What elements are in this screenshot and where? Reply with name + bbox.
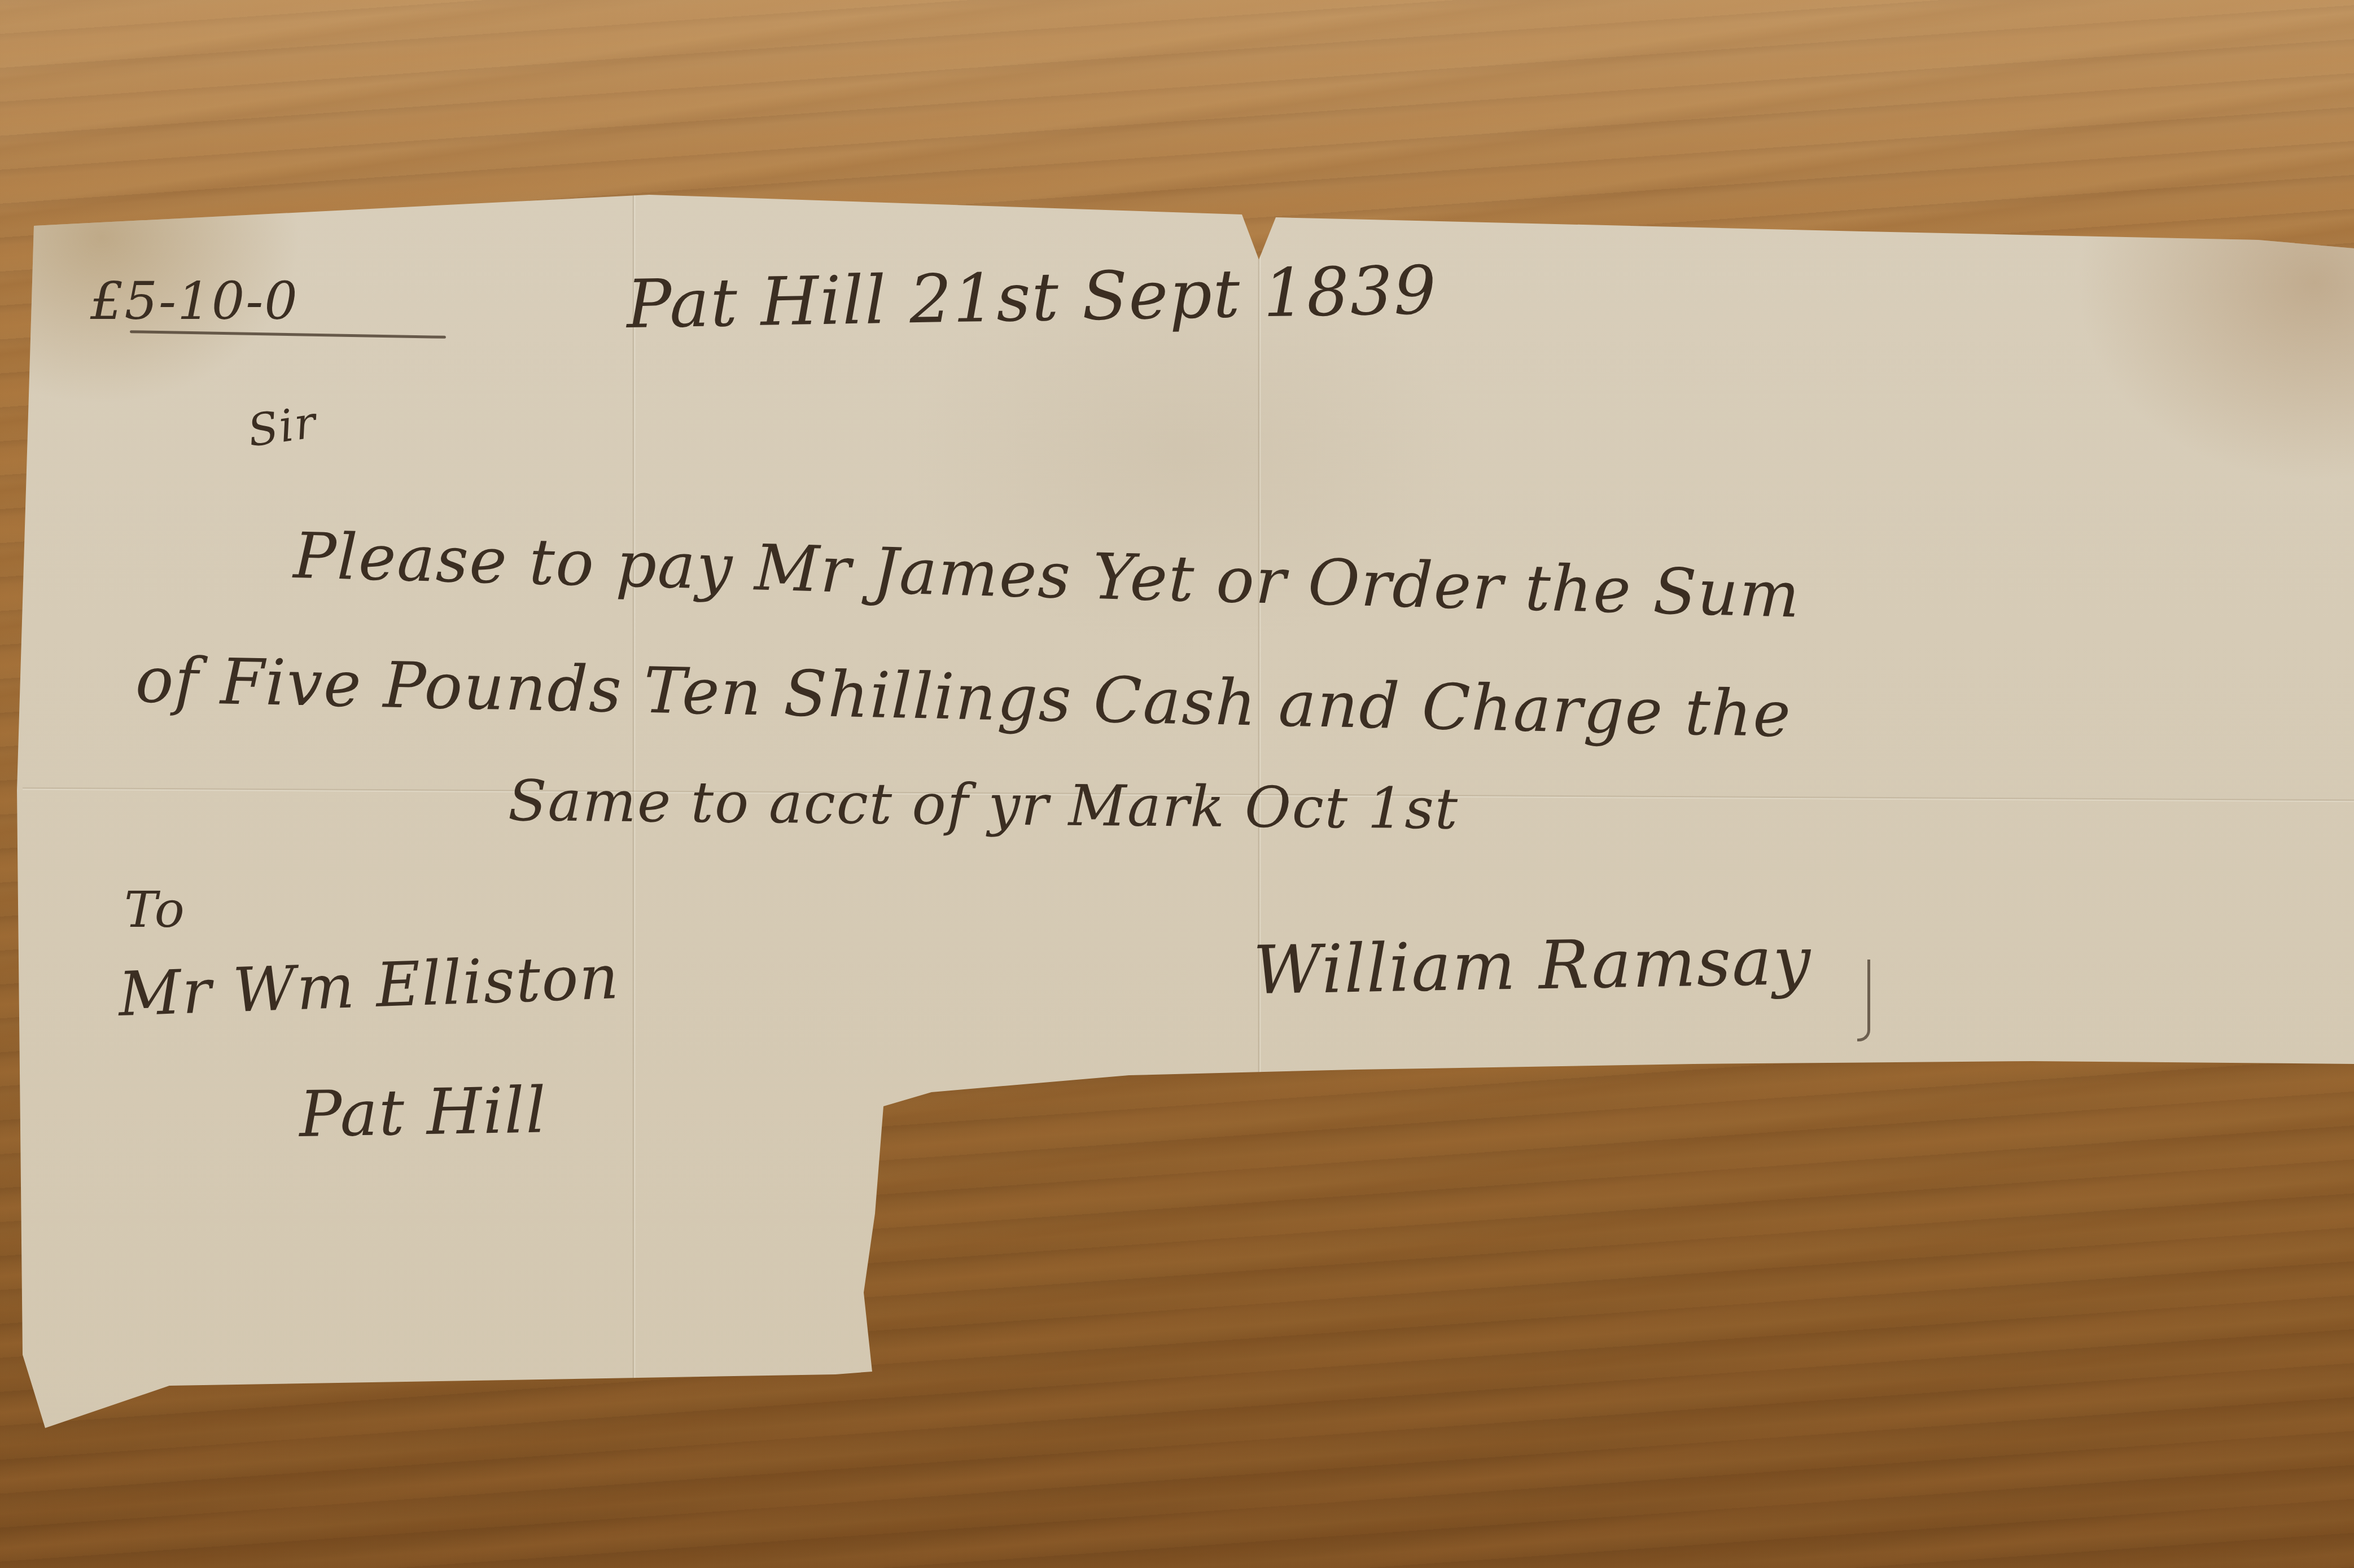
addressee-place: Pat Hill [299,1074,548,1151]
salutation: Sir [245,397,320,457]
signature: William Ramsay [1253,922,1813,1009]
paper-document: £5-10-0 Pat Hill 21st Sept 1839 Sir Plea… [0,0,2354,1568]
to-label: To [124,881,186,939]
body-line-3: Same to acct of yr Mark Oct 1st [507,768,1459,842]
signature-flourish [1857,960,1870,1041]
body-line-1: Please to pay Mr James Yet or Order the … [292,519,1801,632]
wooden-table-surface [0,0,2354,226]
place-and-date: Pat Hill 21st Sept 1839 [626,251,1438,343]
body-line-2: of Five Pounds Ten Shillings Cash and Ch… [135,643,1793,751]
amount: £5-10-0 [90,271,299,331]
addressee-name: Mr Wm Elliston [117,942,621,1030]
amount-underline [130,330,446,339]
